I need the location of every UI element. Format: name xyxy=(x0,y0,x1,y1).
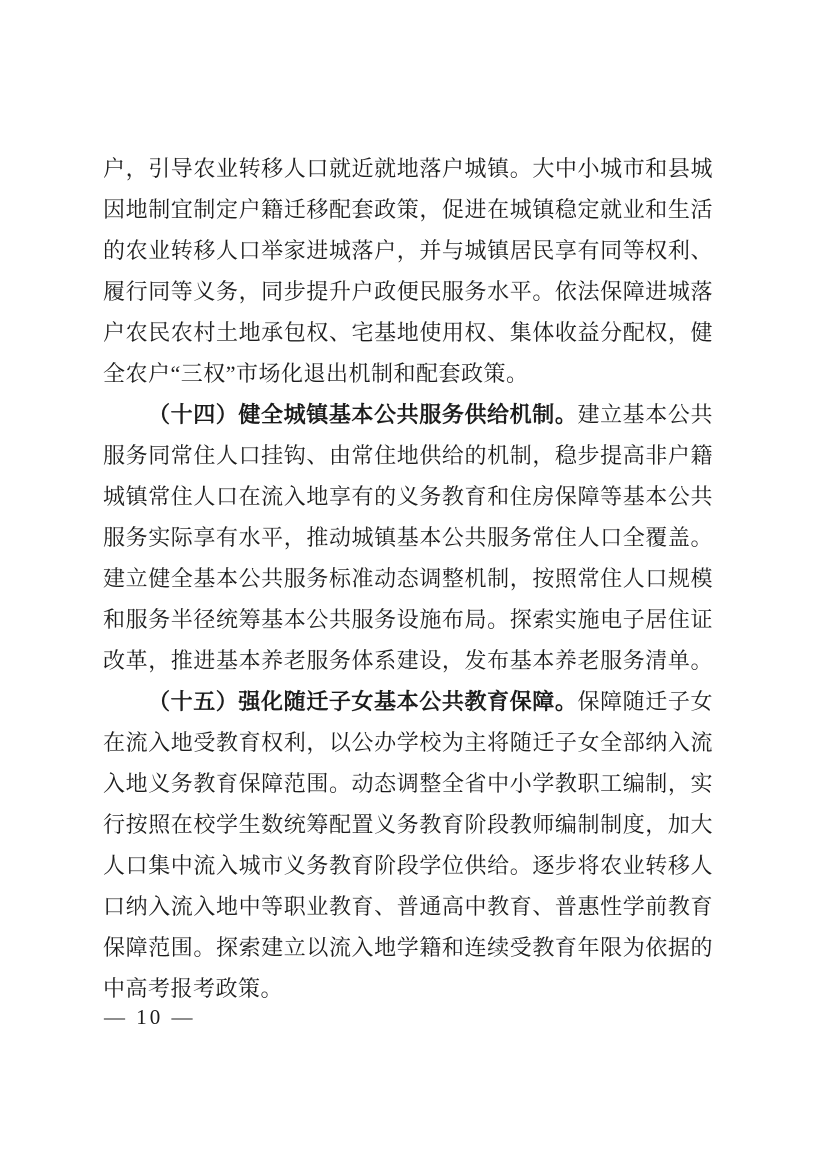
text-segment: 建立基本公共 xyxy=(577,402,713,427)
text-segment: 人口集中流入城市义务教育阶段学位供给。逐步将农业转移人 xyxy=(103,853,713,878)
text-line: 服务实际享有水平，推动城镇基本公共服务常住人口全覆盖。 xyxy=(103,517,713,558)
text-line: 服务同常住人口挂钩、由常住地供给的机制，稳步提高非户籍 xyxy=(103,435,713,476)
text-segment: 保障范围。探索建立以流入地学籍和连续受教育年限为依据的 xyxy=(103,935,713,960)
section-15-heading: （十五）强化随迁子女基本公共教育保障。 xyxy=(148,689,577,714)
text-line: 全农户“三权”市场化退出机制和配套政策。 xyxy=(103,353,713,394)
text-segment: 口纳入流入地中等职业教育、普通高中教育、普惠性学前教育 xyxy=(103,894,713,919)
text-line: 口纳入流入地中等职业教育、普通高中教育、普惠性学前教育 xyxy=(103,886,713,927)
text-line: 改革，推进基本养老服务体系建设，发布基本养老服务清单。 xyxy=(103,640,713,681)
paragraph-section-15: （十五）强化随迁子女基本公共教育保障。保障随迁子女在流入地受教育权利，以公办学校… xyxy=(103,681,713,1009)
text-line: 因地制宜制定户籍迁移配套政策，促进在城镇稳定就业和生活 xyxy=(103,189,713,230)
text-segment: 保障随迁子女 xyxy=(577,689,713,714)
text-segment: 城镇常住人口在流入地享有的义务教育和住房保障等基本公共 xyxy=(103,484,713,509)
text-segment: 户，引导农业转移人口就近就地落户城镇。大中小城市和县城 xyxy=(103,156,713,181)
paragraph-section-14: （十四）健全城镇基本公共服务供给机制。建立基本公共服务同常住人口挂钩、由常住地供… xyxy=(103,394,713,681)
text-segment: 改革，推进基本养老服务体系建设，发布基本养老服务清单。 xyxy=(103,648,713,673)
text-segment: 建立健全基本公共服务标准动态调整机制，按照常住人口规模 xyxy=(103,566,713,591)
section-14-heading: （十四）健全城镇基本公共服务供给机制。 xyxy=(148,402,577,427)
text-line: 的农业转移人口举家进城落户，并与城镇居民享有同等权利、 xyxy=(103,230,713,271)
text-line: 和服务半径统筹基本公共服务设施布局。探索实施电子居住证 xyxy=(103,599,713,640)
text-line: 户农民农村土地承包权、宅基地使用权、集体收益分配权，健 xyxy=(103,312,713,353)
text-line: 建立健全基本公共服务标准动态调整机制，按照常住人口规模 xyxy=(103,558,713,599)
document-body: 户，引导农业转移人口就近就地落户城镇。大中小城市和县城因地制宜制定户籍迁移配套政… xyxy=(103,148,713,1009)
section-15-first-line: （十五）强化随迁子女基本公共教育保障。保障随迁子女 xyxy=(103,681,713,722)
text-segment: 的农业转移人口举家进城落户，并与城镇居民享有同等权利、 xyxy=(103,238,713,263)
text-segment: 中高考报考政策。 xyxy=(103,976,283,1001)
text-line: 在流入地受教育权利，以公办学校为主将随迁子女全部纳入流 xyxy=(103,722,713,763)
section-14-first-line: （十四）健全城镇基本公共服务供给机制。建立基本公共 xyxy=(103,394,713,435)
text-line: 保障范围。探索建立以流入地学籍和连续受教育年限为依据的 xyxy=(103,927,713,968)
text-segment: 和服务半径统筹基本公共服务设施布局。探索实施电子居住证 xyxy=(103,607,713,632)
text-line: 履行同等义务，同步提升户政便民服务水平。依法保障进城落 xyxy=(103,271,713,312)
text-line: 行按照在校学生数统筹配置义务教育阶段教师编制制度，加大 xyxy=(103,804,713,845)
text-line: 入地义务教育保障范围。动态调整全省中小学教职工编制，实 xyxy=(103,763,713,804)
text-line: 户，引导农业转移人口就近就地落户城镇。大中小城市和县城 xyxy=(103,148,713,189)
text-segment: 户农民农村土地承包权、宅基地使用权、集体收益分配权，健 xyxy=(103,320,713,345)
text-line: 人口集中流入城市义务教育阶段学位供给。逐步将农业转移人 xyxy=(103,845,713,886)
text-segment: 因地制宜制定户籍迁移配套政策，促进在城镇稳定就业和生活 xyxy=(103,197,713,222)
text-segment: 服务同常住人口挂钩、由常住地供给的机制，稳步提高非户籍 xyxy=(103,443,713,468)
text-segment: 在流入地受教育权利，以公办学校为主将随迁子女全部纳入流 xyxy=(103,730,713,755)
text-segment: 履行同等义务，同步提升户政便民服务水平。依法保障进城落 xyxy=(103,279,713,304)
text-segment: 全农户“三权”市场化退出机制和配套政策。 xyxy=(103,361,529,386)
document-page: 户，引导农业转移人口就近就地落户城镇。大中小城市和县城因地制宜制定户籍迁移配套政… xyxy=(0,0,826,1169)
text-segment: 服务实际享有水平，推动城镇基本公共服务常住人口全覆盖。 xyxy=(103,525,713,550)
text-line: 城镇常住人口在流入地享有的义务教育和住房保障等基本公共 xyxy=(103,476,713,517)
paragraph-hukou-continuation: 户，引导农业转移人口就近就地落户城镇。大中小城市和县城因地制宜制定户籍迁移配套政… xyxy=(103,148,713,394)
text-segment: 入地义务教育保障范围。动态调整全省中小学教职工编制，实 xyxy=(103,771,713,796)
page-number: — 10 — xyxy=(104,1003,196,1031)
text-segment: 行按照在校学生数统筹配置义务教育阶段教师编制制度，加大 xyxy=(103,812,713,837)
